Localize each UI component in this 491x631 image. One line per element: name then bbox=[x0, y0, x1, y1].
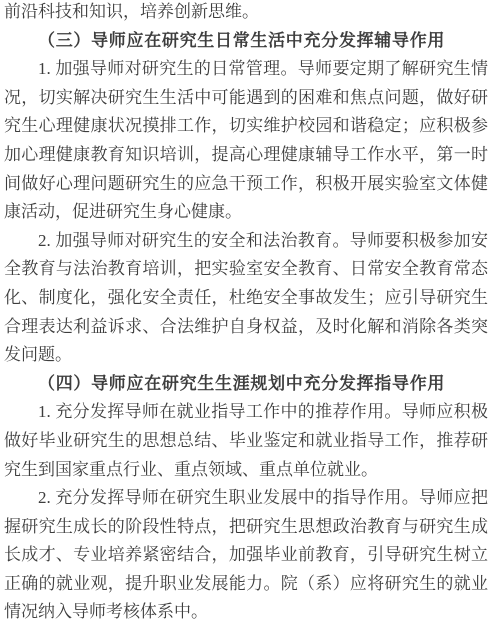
text-line: 化、制度化，强化安全责任，杜绝安全事故发生；应引导研究生 bbox=[4, 284, 488, 313]
text-line: 加心理健康教育知识培训，提高心理健康辅导工作水平，第一时 bbox=[4, 141, 488, 170]
text-line: 间做好心理问题研究生的应急干预工作，积极开展实验室文体健 bbox=[4, 170, 488, 199]
text-line: 康活动，促进研究生身心健康。 bbox=[4, 198, 488, 227]
text-line: 长成才、专业培养紧密结合，加强毕业前教育，引导研究生树立 bbox=[4, 541, 488, 570]
text-line: 究生到国家重点行业、重点领域、重点单位就业。 bbox=[4, 456, 488, 485]
text-line: 正确的就业观，提升职业发展能力。院（系）应将研究生的就业 bbox=[4, 570, 488, 599]
text-line: 合理表达利益诉求、合法维护自身权益，及时化解和消除各类突 bbox=[4, 313, 488, 342]
section-heading: （三）导师应在研究生日常生活中充分发挥辅导作用 bbox=[4, 27, 488, 56]
text-line: 全教育与法治教育培训，把实验室安全教育、日常安全教育常态 bbox=[4, 255, 488, 284]
text-line: 2. 充分发挥导师在研究生职业发展中的指导作用。导师应把 bbox=[4, 484, 488, 513]
text-line: 发问题。 bbox=[4, 341, 488, 370]
text-line: 情况纳入导师考核体系中。 bbox=[4, 598, 488, 627]
text-line: 况，切实解决研究生生活中可能遇到的困难和焦点问题，做好研 bbox=[4, 84, 488, 113]
document-page: 前沿科技和知识，培养创新思维。 （三）导师应在研究生日常生活中充分发挥辅导作用 … bbox=[0, 0, 491, 629]
text-line: 究生心理健康状况摸排工作，切实维护校园和谐稳定；应积极参 bbox=[4, 112, 488, 141]
text-line: 1. 充分发挥导师在就业指导工作中的推荐作用。导师应积极 bbox=[4, 398, 488, 427]
text-line: 前沿科技和知识，培养创新思维。 bbox=[4, 0, 488, 27]
text-line: 握研究生成长的阶段性特点，把研究生思想政治教育与研究生成 bbox=[4, 513, 488, 542]
section-heading: （四）导师应在研究生生涯规划中充分发挥指导作用 bbox=[4, 370, 488, 399]
text-line: 2. 加强导师对研究生的安全和法治教育。导师要积极参加安 bbox=[4, 227, 488, 256]
text-line: 做好毕业研究生的思想总结、毕业鉴定和就业指导工作，推荐研 bbox=[4, 427, 488, 456]
text-line: 1. 加强导师对研究生的日常管理。导师要定期了解研究生情 bbox=[4, 55, 488, 84]
